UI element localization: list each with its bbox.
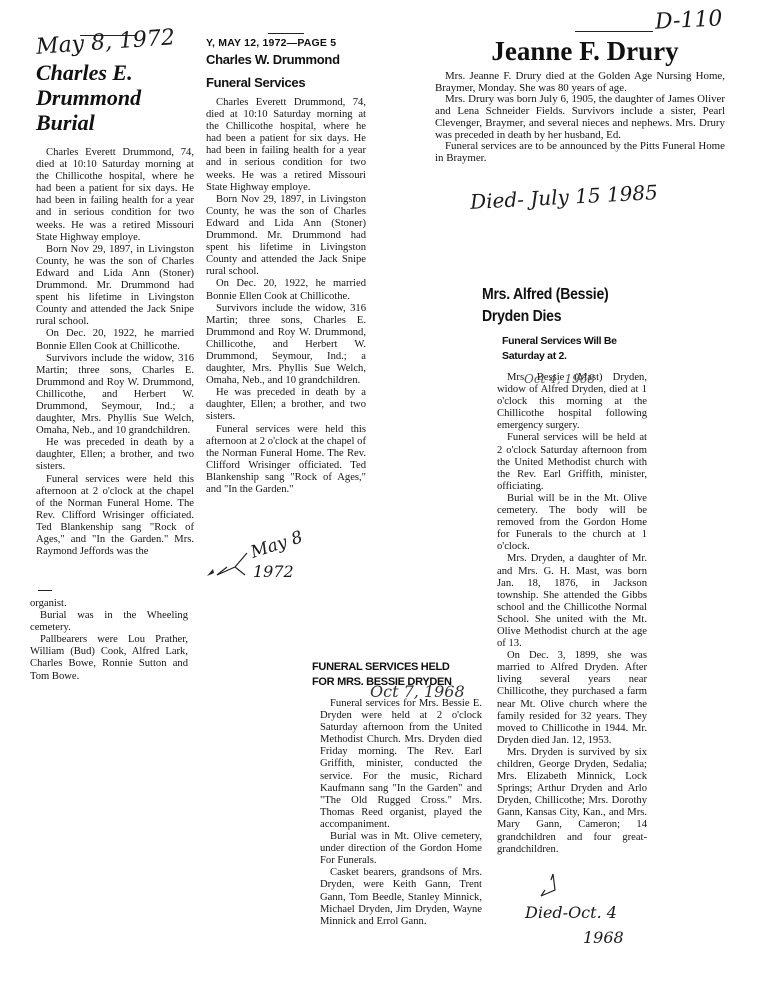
paragraph: organist. <box>30 598 188 610</box>
paragraph: Charles Everett Drummond, 74, died at 10… <box>36 147 194 244</box>
article-body: Charles Everett Drummond, 74, died at 10… <box>36 147 194 558</box>
paragraph: Funeral services will be held at 2 o'clo… <box>497 432 647 492</box>
headline: Charles W. Drummond <box>206 52 366 67</box>
paragraph: Mrs. Dryden, a daughter of Mr. and Mrs. … <box>497 553 647 650</box>
clip-charles-e-drummond-continued: organist.Burial was in the Wheeling ceme… <box>30 598 188 683</box>
subheadline: Funeral Services Will Be Saturday at 2. <box>502 334 632 364</box>
headline: Jeanne F. Drury <box>415 36 725 67</box>
clip-charles-w-drummond-funeral: Y, MAY 12, 1972—PAGE 5 Charles W. Drummo… <box>206 37 366 496</box>
article-body: Mrs. Jeanne F. Drury died at the Golden … <box>415 71 725 165</box>
paragraph: On Dec. 20, 1922, he married Bonnie Elle… <box>36 328 194 352</box>
headline: Mrs. Alfred (Bessie) Dryden Dies <box>482 284 614 328</box>
paragraph: He was preceded in death by a daughter, … <box>36 437 194 473</box>
paragraph: Funeral services were held this afternoo… <box>36 474 194 559</box>
clip-top-rule <box>80 35 135 36</box>
paragraph: Burial was in Mt. Olive cemetery, under … <box>320 831 482 867</box>
paragraph: Mrs. Drury was born July 6, 1905, the da… <box>435 94 725 141</box>
paragraph: Mrs. Jeanne F. Drury died at the Golden … <box>435 71 725 94</box>
headline-line: Drummond <box>36 85 194 110</box>
clip-bessie-dryden-dies: Mrs. Alfred (Bessie) Dryden Dies Funeral… <box>482 284 632 856</box>
paragraph: Funeral services are to be announced by … <box>435 141 725 164</box>
arrow-icon <box>535 870 565 905</box>
paragraph: On Dec. 3, 1899, she was married to Alfr… <box>497 650 647 747</box>
paragraph: Mrs. Dryden is survived by six children,… <box>497 747 647 856</box>
headline-line: Burial <box>36 110 194 135</box>
handwritten-died-july-15-1985: Died- July 15 1985 <box>470 180 659 214</box>
drury-top-rule <box>575 31 653 32</box>
paragraph: Casket bearers, grandsons of Mrs. Dryden… <box>320 867 482 927</box>
paragraph: Pallbearers were Lou Prather, William (B… <box>30 634 188 682</box>
headline-line: Mrs. Alfred (Bessie) <box>482 284 614 306</box>
article-body: Mrs. Bessie (Mast) Dryden, widow of Alfr… <box>497 372 647 856</box>
subheadline-line: Funeral Services Will Be <box>502 334 632 349</box>
column-break-mark <box>38 590 52 591</box>
headline-line: Charles E. <box>36 60 194 85</box>
paragraph: Funeral services for Mrs. Bessie E. Dryd… <box>320 698 482 831</box>
handwritten-code-d-110: D-110 <box>654 6 723 34</box>
article-body-continued: organist.Burial was in the Wheeling ceme… <box>30 598 188 683</box>
headline: Charles E. Drummond Burial <box>36 60 194 135</box>
article-body: Charles Everett Drummond, 74, died at 10… <box>206 97 366 496</box>
article-body: Funeral services for Mrs. Bessie E. Dryd… <box>320 698 482 928</box>
handwritten-oct-4-1968: Oct 4, 1968 <box>524 372 595 386</box>
handwritten-may-8: May 8 <box>248 527 305 563</box>
dateline-rule <box>268 33 304 34</box>
handwritten-1972: 1972 <box>253 562 294 581</box>
paragraph: Burial was in the Wheeling cemetery. <box>30 610 188 634</box>
clip-funeral-services-bessie-dryden: FUNERAL SERVICES HELD FOR MRS. BESSIE DR… <box>312 660 482 928</box>
dateline: Y, MAY 12, 1972—PAGE 5 <box>206 37 366 49</box>
paragraph: Charles Everett Drummond, 74, died at 10… <box>206 97 366 194</box>
clip-charles-e-drummond-burial: Charles E. Drummond Burial Charles Evere… <box>36 60 194 558</box>
paragraph: Funeral services were held this afternoo… <box>206 424 366 497</box>
paragraph: He was preceded in death by a daughter, … <box>206 387 366 423</box>
arrow-icon <box>205 545 250 585</box>
clip-jeanne-f-drury: Jeanne F. Drury Mrs. Jeanne F. Drury die… <box>415 36 725 165</box>
paragraph: Burial will be in the Mt. Olive cemetery… <box>497 493 647 553</box>
handwritten-1968: 1968 <box>583 928 624 947</box>
headline-line: Dryden Dies <box>482 306 614 328</box>
paragraph: Born Nov 29, 1897, in Livingston County,… <box>36 244 194 329</box>
paragraph: Survivors include the widow, 316 Martin;… <box>36 353 194 438</box>
subheadline: Funeral Services <box>206 75 366 90</box>
paragraph: On Dec. 20, 1922, he married Bonnie Elle… <box>206 278 366 302</box>
paragraph: Born Nov 29, 1897, in Livingston County,… <box>206 194 366 279</box>
handwritten-died-oct-4: Died-Oct. 4 <box>525 903 617 922</box>
handwritten-oct-7-1968: Oct 7, 1968 <box>370 682 465 701</box>
headline-line: FUNERAL SERVICES HELD <box>312 660 482 675</box>
handwritten-date-may-8-1972: May 8, 1972 <box>35 25 175 60</box>
subheadline-line: Saturday at 2. <box>502 349 632 364</box>
paragraph: Survivors include the widow, 316 Martin;… <box>206 303 366 388</box>
